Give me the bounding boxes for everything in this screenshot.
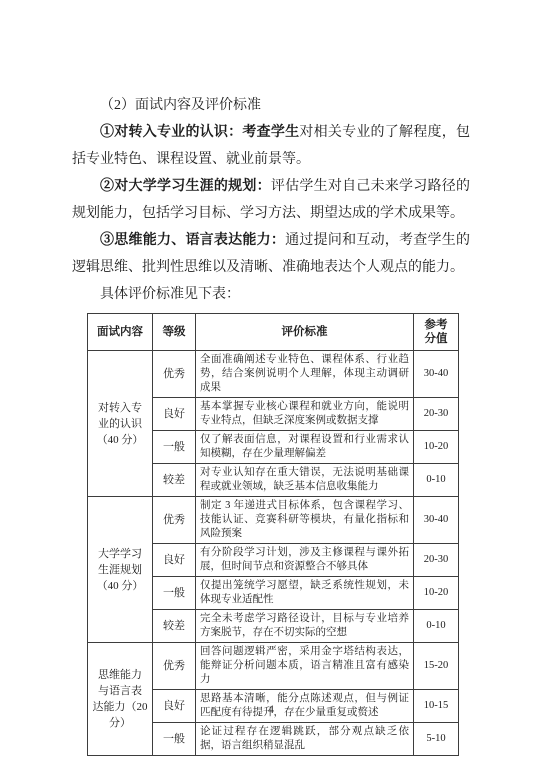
score-cell: 10-20 xyxy=(414,431,459,464)
paragraph-lead: ②对大学学习生涯的规划： xyxy=(100,179,271,194)
grade-cell: 良好 xyxy=(153,544,196,577)
score-cell: 0-10 xyxy=(414,464,459,497)
page-number: 4 xyxy=(0,701,542,717)
header-interview-content: 面试内容 xyxy=(88,314,153,351)
criteria-table: 面试内容 等级 评价标准 参考 分值 对转入专 业的认识 （40 分）优秀全面准… xyxy=(87,313,459,756)
table-row: 思维能力 与语言表 达能力（20 分）优秀回答问题逻辑严密，采用金字塔结构表达，… xyxy=(88,643,459,690)
table-row: 大学学习 生涯规划 （40 分）优秀制定 3 年递进式目标体系，包含课程学习、技… xyxy=(88,497,459,544)
criteria-cell: 论证过程存在逻辑跳跃，部分观点缺乏依据，语言组织稍显混乱 xyxy=(196,723,414,756)
criteria-cell: 制定 3 年递进式目标体系，包含课程学习、技能认证、竞赛科研等模块，有量化指标和… xyxy=(196,497,414,544)
grade-cell: 优秀 xyxy=(153,497,196,544)
criteria-cell: 完全未考虑学习路径设计，目标与专业培养方案脱节，存在不切实际的空想 xyxy=(196,610,414,643)
grade-cell: 较差 xyxy=(153,610,196,643)
grade-cell: 一般 xyxy=(153,431,196,464)
grade-cell: 较差 xyxy=(153,464,196,497)
category-cell: 对转入专 业的认识 （40 分） xyxy=(88,351,153,497)
document-page: （2）面试内容及评价标准 ①对转入专业的认识：考查学生对相关专业的了解程度，包括… xyxy=(0,0,542,768)
category-cell: 大学学习 生涯规划 （40 分） xyxy=(88,497,153,643)
score-cell: 15-20 xyxy=(414,643,459,690)
paragraph-major-understanding: ①对转入专业的认识：考查学生对相关专业的了解程度，包括专业特色、课程设置、就业前… xyxy=(72,119,470,173)
score-cell: 20-30 xyxy=(414,398,459,431)
grade-cell: 一般 xyxy=(153,723,196,756)
category-cell: 思维能力 与语言表 达能力（20 分） xyxy=(88,643,153,756)
criteria-cell: 基本掌握专业核心课程和就业方向，能说明专业特点，但缺乏深度案例或数据支撑 xyxy=(196,398,414,431)
score-cell: 30-40 xyxy=(414,351,459,398)
grade-cell: 优秀 xyxy=(153,351,196,398)
header-grade: 等级 xyxy=(153,314,196,351)
criteria-cell: 全面准确阐述专业特色、课程体系、行业趋势，结合案例说明个人理解，体现主动调研成果 xyxy=(196,351,414,398)
criteria-cell: 有分阶段学习计划，涉及主修课程与课外拓展，但时间节点和资源整合不够具体 xyxy=(196,544,414,577)
criteria-cell: 对专业认知存在重大错误，无法说明基础课程或就业领域，缺乏基本信息收集能力 xyxy=(196,464,414,497)
page-content: （2）面试内容及评价标准 ①对转入专业的认识：考查学生对相关专业的了解程度，包括… xyxy=(72,92,470,756)
score-cell: 20-30 xyxy=(414,544,459,577)
grade-cell: 优秀 xyxy=(153,643,196,690)
criteria-cell: 回答问题逻辑严密，采用金字塔结构表达，能辩证分析问题本质，语言精准且富有感染力 xyxy=(196,643,414,690)
score-cell: 10-20 xyxy=(414,577,459,610)
criteria-cell: 仅提出笼统学习愿望，缺乏系统性规划，未体现专业适配性 xyxy=(196,577,414,610)
grade-cell: 一般 xyxy=(153,577,196,610)
criteria-table-wrap: 面试内容 等级 评价标准 参考 分值 对转入专 业的认识 （40 分）优秀全面准… xyxy=(87,313,470,756)
table-header-row: 面试内容 等级 评价标准 参考 分值 xyxy=(88,314,459,351)
criteria-cell: 仅了解表面信息，对课程设置和行业需求认知模糊，存在少量理解偏差 xyxy=(196,431,414,464)
score-cell: 5-10 xyxy=(414,723,459,756)
paragraph-career-planning: ②对大学学习生涯的规划：评估学生对自己未来学习路径的规划能力，包括学习目标、学习… xyxy=(72,173,470,227)
grade-cell: 良好 xyxy=(153,398,196,431)
table-intro: 具体评价标准见下表： xyxy=(72,281,470,308)
table-row: 对转入专 业的认识 （40 分）优秀全面准确阐述专业特色、课程体系、行业趋势，结… xyxy=(88,351,459,398)
paragraph-thinking-expression: ③思维能力、语言表达能力：通过提问和互动，考查学生的逻辑思维、批判性思维以及清晰… xyxy=(72,227,470,281)
header-score: 参考 分值 xyxy=(414,314,459,351)
criteria-table-body: 对转入专 业的认识 （40 分）优秀全面准确阐述专业特色、课程体系、行业趋势，结… xyxy=(88,351,459,756)
score-cell: 0-10 xyxy=(414,610,459,643)
header-criteria: 评价标准 xyxy=(196,314,414,351)
section-heading: （2）面试内容及评价标准 xyxy=(72,92,470,119)
paragraph-lead: ③思维能力、语言表达能力： xyxy=(100,233,285,248)
score-cell: 30-40 xyxy=(414,497,459,544)
paragraph-lead: ①对转入专业的认识：考查学生 xyxy=(100,125,299,140)
